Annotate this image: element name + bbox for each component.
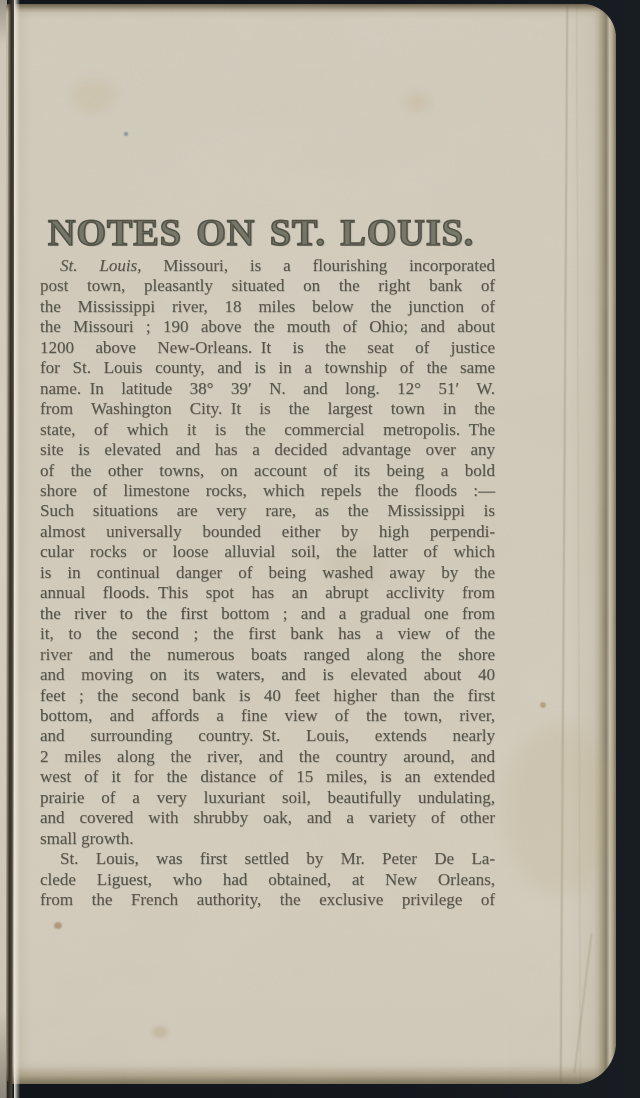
text-line: from Washington City. It is the largest … bbox=[40, 399, 495, 419]
text-line: St. Louis, was first settled by Mr. Pete… bbox=[40, 849, 495, 869]
text-line: 1200 above New-Orleans. It is the seat o… bbox=[40, 338, 495, 358]
text-line: and surrounding country. St. Louis, exte… bbox=[40, 726, 495, 746]
page-top-browning bbox=[6, 4, 616, 13]
binding-gutter-highlight bbox=[14, 0, 20, 1098]
text-line: clede Liguest, who had obtained, at New … bbox=[40, 870, 495, 890]
text-line: west of it for the distance of 15 miles,… bbox=[40, 767, 495, 787]
foxing-stain bbox=[72, 78, 116, 114]
page-bottom-browning bbox=[6, 1066, 616, 1084]
text-line: small growth. bbox=[40, 829, 495, 849]
book-scan: NOTES ON ST. LOUIS. St. Louis, Missouri,… bbox=[0, 0, 640, 1098]
crease-line bbox=[560, 4, 569, 1084]
foxing-stain bbox=[540, 702, 546, 708]
text-line: of the other towns, on account of its be… bbox=[40, 461, 495, 481]
text-line: is in continual danger of being washed a… bbox=[40, 563, 495, 583]
page-body: St. Louis, Missouri, is a flourishing in… bbox=[40, 256, 495, 911]
text-line: annual floods. This spot has an abrupt a… bbox=[40, 583, 495, 603]
foxing-stain bbox=[404, 92, 430, 112]
text-line: from the French authority, the exclusive… bbox=[40, 890, 495, 910]
text-line: and moving on its waters, and is elevate… bbox=[40, 665, 495, 685]
text-line: prairie of a very luxuriant soil, beauti… bbox=[40, 788, 495, 808]
text-line: Such situations are very rare, as the Mi… bbox=[40, 501, 495, 521]
text-line: almost universally bounded either by hig… bbox=[40, 522, 495, 542]
foxing-stain bbox=[54, 922, 62, 929]
text-line: for St. Louis county, and is in a townsh… bbox=[40, 358, 495, 378]
text-line: the Mississippi river, 18 miles below th… bbox=[40, 297, 495, 317]
text-line: feet ; the second bank is 40 feet higher… bbox=[40, 686, 495, 706]
text-line: and covered with shrubby oak, and a vari… bbox=[40, 808, 495, 828]
text-line: post town, pleasantly situated on the ri… bbox=[40, 276, 495, 296]
text-line: cular rocks or loose alluvial soil, the … bbox=[40, 542, 495, 562]
text-line: site is elevated and has a decided advan… bbox=[40, 440, 495, 460]
text-line: bottom, and affords a fine view of the t… bbox=[40, 706, 495, 726]
page-edge-right bbox=[594, 4, 616, 1084]
crease-line bbox=[576, 4, 581, 1084]
foxing-stain bbox=[152, 1026, 168, 1038]
text-line: 2 miles along the river, and the country… bbox=[40, 747, 495, 767]
text-line: it, to the second ; the first bank has a… bbox=[40, 624, 495, 644]
text-line: shore of limestone rocks, which repels t… bbox=[40, 481, 495, 501]
text-line: river and the numerous boats ranged alon… bbox=[40, 645, 495, 665]
text-line: name. In latitude 38° 39′ N. and long. 1… bbox=[40, 379, 495, 399]
ink-speck bbox=[124, 132, 128, 136]
text-line: the Missouri ; 190 above the mouth of Oh… bbox=[40, 317, 495, 337]
foxing-stain bbox=[504, 724, 614, 894]
page-title: NOTES ON ST. LOUIS. bbox=[48, 210, 478, 257]
book-page: NOTES ON ST. LOUIS. St. Louis, Missouri,… bbox=[6, 4, 616, 1084]
text-line: St. Louis, Missouri, is a flourishing in… bbox=[40, 256, 495, 276]
text-line: state, of which it is the commercial met… bbox=[40, 420, 495, 440]
text-line: the river to the first bottom ; and a gr… bbox=[40, 604, 495, 624]
crease-line bbox=[573, 933, 592, 1072]
